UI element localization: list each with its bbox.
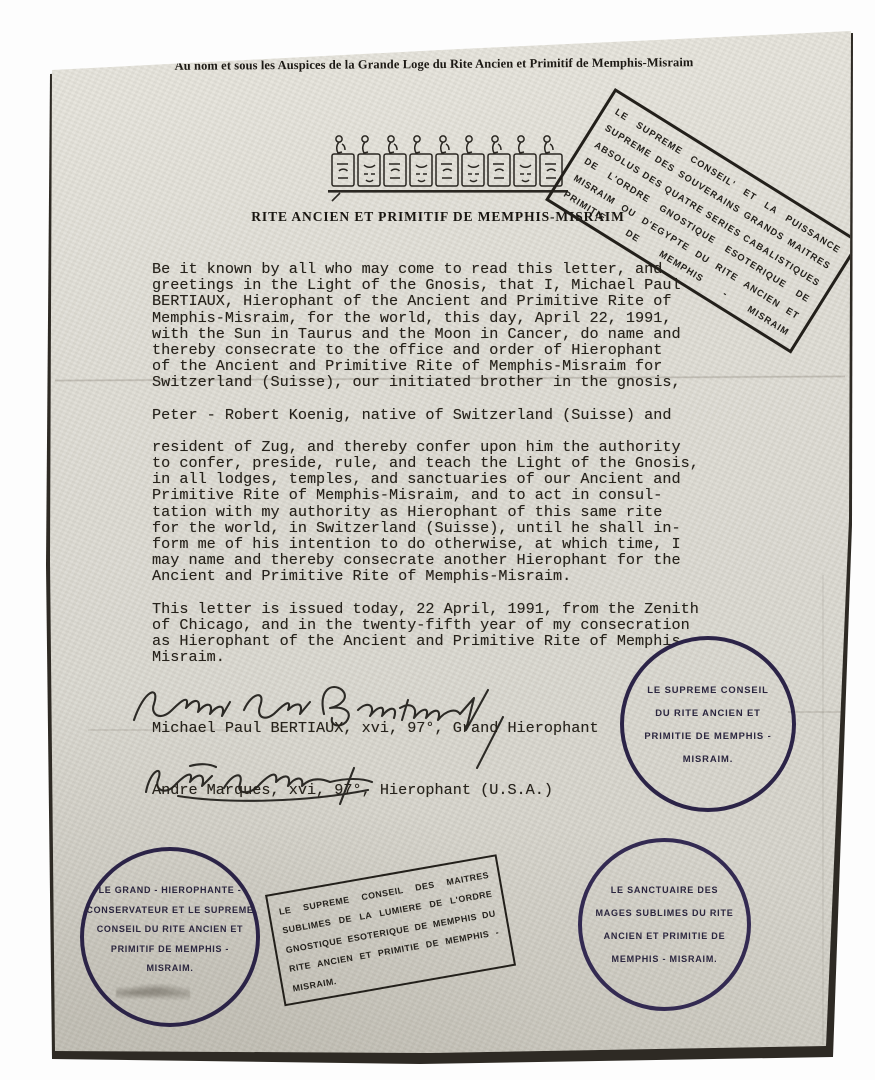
letter-body: Be it known by all who may come to read … bbox=[152, 261, 699, 681]
stamp-line: PRIMITIE DE MEMPHIS - bbox=[644, 724, 771, 747]
stamp-line: ANCIEN ET PRIMITIE DE bbox=[604, 925, 726, 948]
paragraph-authority: resident of Zug, and thereby confer upon… bbox=[152, 439, 699, 585]
stamp-supreme-conseil-circle: LE SUPREME CONSEIL DU RITE ANCIEN ET PRI… bbox=[620, 636, 796, 812]
ink-smudge bbox=[116, 984, 190, 1000]
stamp-line: DU RITE ANCIEN ET bbox=[655, 701, 761, 724]
stamp-line: MAGES SUBLIMES DU RITE bbox=[595, 902, 733, 925]
stamp-line: MISRAIM. bbox=[146, 959, 193, 979]
paragraph-issuance: This letter is issued today, 22 April, 1… bbox=[152, 601, 699, 666]
stamp-line: LE GRAND - HIEROPHANTE - bbox=[99, 881, 242, 901]
stamp-line: LE SUPREME CONSEIL bbox=[647, 678, 768, 701]
typed-name-bertiaux: Michael Paul BERTIAUX, xvi, 97°, Grand H… bbox=[152, 720, 599, 736]
stamp-line: LE SANCTUAIRE DES bbox=[611, 879, 719, 902]
stamp-line: PRIMITIF DE MEMPHIS - bbox=[111, 940, 229, 960]
stamp-line: MEMPHIS - MISRAIM. bbox=[612, 948, 718, 971]
stamp-maitres-sublimes-rect: LE SUPREME CONSEIL DES MAITRES SUBLIMES … bbox=[265, 854, 516, 1006]
typed-name-marques: Andre Marques, xvi, 97°, Hierophant (U.S… bbox=[152, 782, 553, 798]
hieroglyph-frieze-icon bbox=[328, 130, 568, 202]
fold-crease-vertical bbox=[822, 575, 824, 1045]
stamp-line: CONSEIL DU RITE ANCIEN ET bbox=[97, 920, 244, 940]
stamp-grand-hierophante-circle: LE GRAND - HIEROPHANTE - CONSERVATEUR ET… bbox=[80, 847, 260, 1027]
stamp-line: MISRAIM. bbox=[683, 747, 733, 770]
letterhead-motto: Au nom et sous les Auspices de la Grande… bbox=[124, 55, 744, 74]
paragraph-name: Peter - Robert Koenig, native of Switzer… bbox=[152, 407, 699, 423]
scanned-letter-photo: Au nom et sous les Auspices de la Grande… bbox=[0, 0, 875, 1080]
stamp-sanctuaire-mages-circle: LE SANCTUAIRE DES MAGES SUBLIMES DU RITE… bbox=[578, 838, 751, 1011]
stamp-line: CONSERVATEUR ET LE SUPREME bbox=[86, 901, 253, 921]
paragraph-proclamation: Be it known by all who may come to read … bbox=[152, 261, 699, 391]
letter-page: Au nom et sous les Auspices de la Grande… bbox=[0, 0, 875, 1080]
